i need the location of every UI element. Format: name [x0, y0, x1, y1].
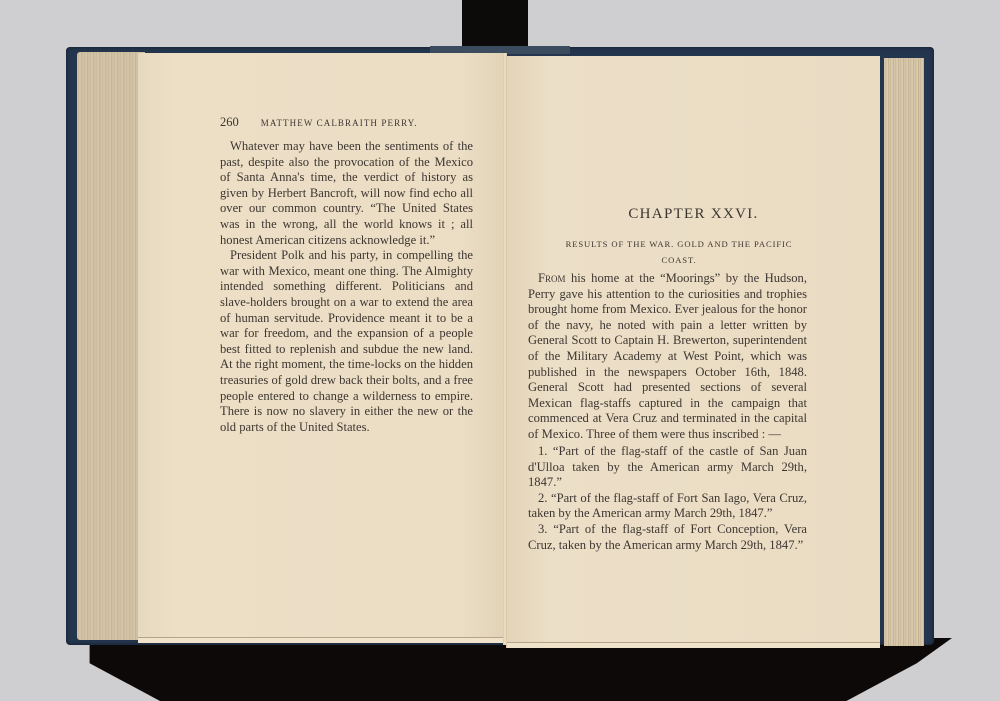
page-bottom-edge — [138, 637, 504, 643]
chapter-subtitle: RESULTS OF THE WAR. GOLD AND THE PACIFIC… — [551, 236, 807, 268]
left-page-body: Whatever may have been the sentiments of… — [220, 139, 473, 435]
page-bottom-edge — [507, 642, 880, 648]
opening-paragraph-text: his home at the “Moorings” by the Hudson… — [528, 271, 807, 441]
paragraph: President Polk and his party, in compell… — [220, 248, 473, 435]
bookmark-ribbon — [462, 0, 528, 52]
running-head-title: MATTHEW CALBRAITH PERRY. — [261, 118, 418, 128]
inscriptions-list: 1. “Part of the flag-staff of the castle… — [528, 444, 807, 553]
left-page: 260 MATTHEW CALBRAITH PERRY. Whatever ma… — [138, 53, 504, 643]
inscription-item: 1. “Part of the flag-staff of the castle… — [528, 444, 807, 491]
right-page: CHAPTER XXVI. RESULTS OF THE WAR. GOLD A… — [506, 56, 880, 648]
running-head: 260 MATTHEW CALBRAITH PERRY. — [220, 115, 520, 130]
chapter-title: CHAPTER XXVI. — [507, 206, 880, 223]
opening-word: From — [538, 271, 566, 285]
inscription-item: 2. “Part of the flag-staff of Fort San I… — [528, 491, 807, 522]
left-page-edges — [77, 52, 145, 640]
inscription-item: 3. “Part of the flag-staff of Fort Conce… — [528, 522, 807, 553]
opening-paragraph: From his home at the “Moorings” by the H… — [528, 271, 807, 443]
right-page-body: From his home at the “Moorings” by the H… — [528, 271, 807, 443]
page-number: 260 — [220, 115, 239, 130]
right-page-edges — [884, 58, 924, 646]
paragraph: Whatever may have been the sentiments of… — [220, 139, 473, 248]
